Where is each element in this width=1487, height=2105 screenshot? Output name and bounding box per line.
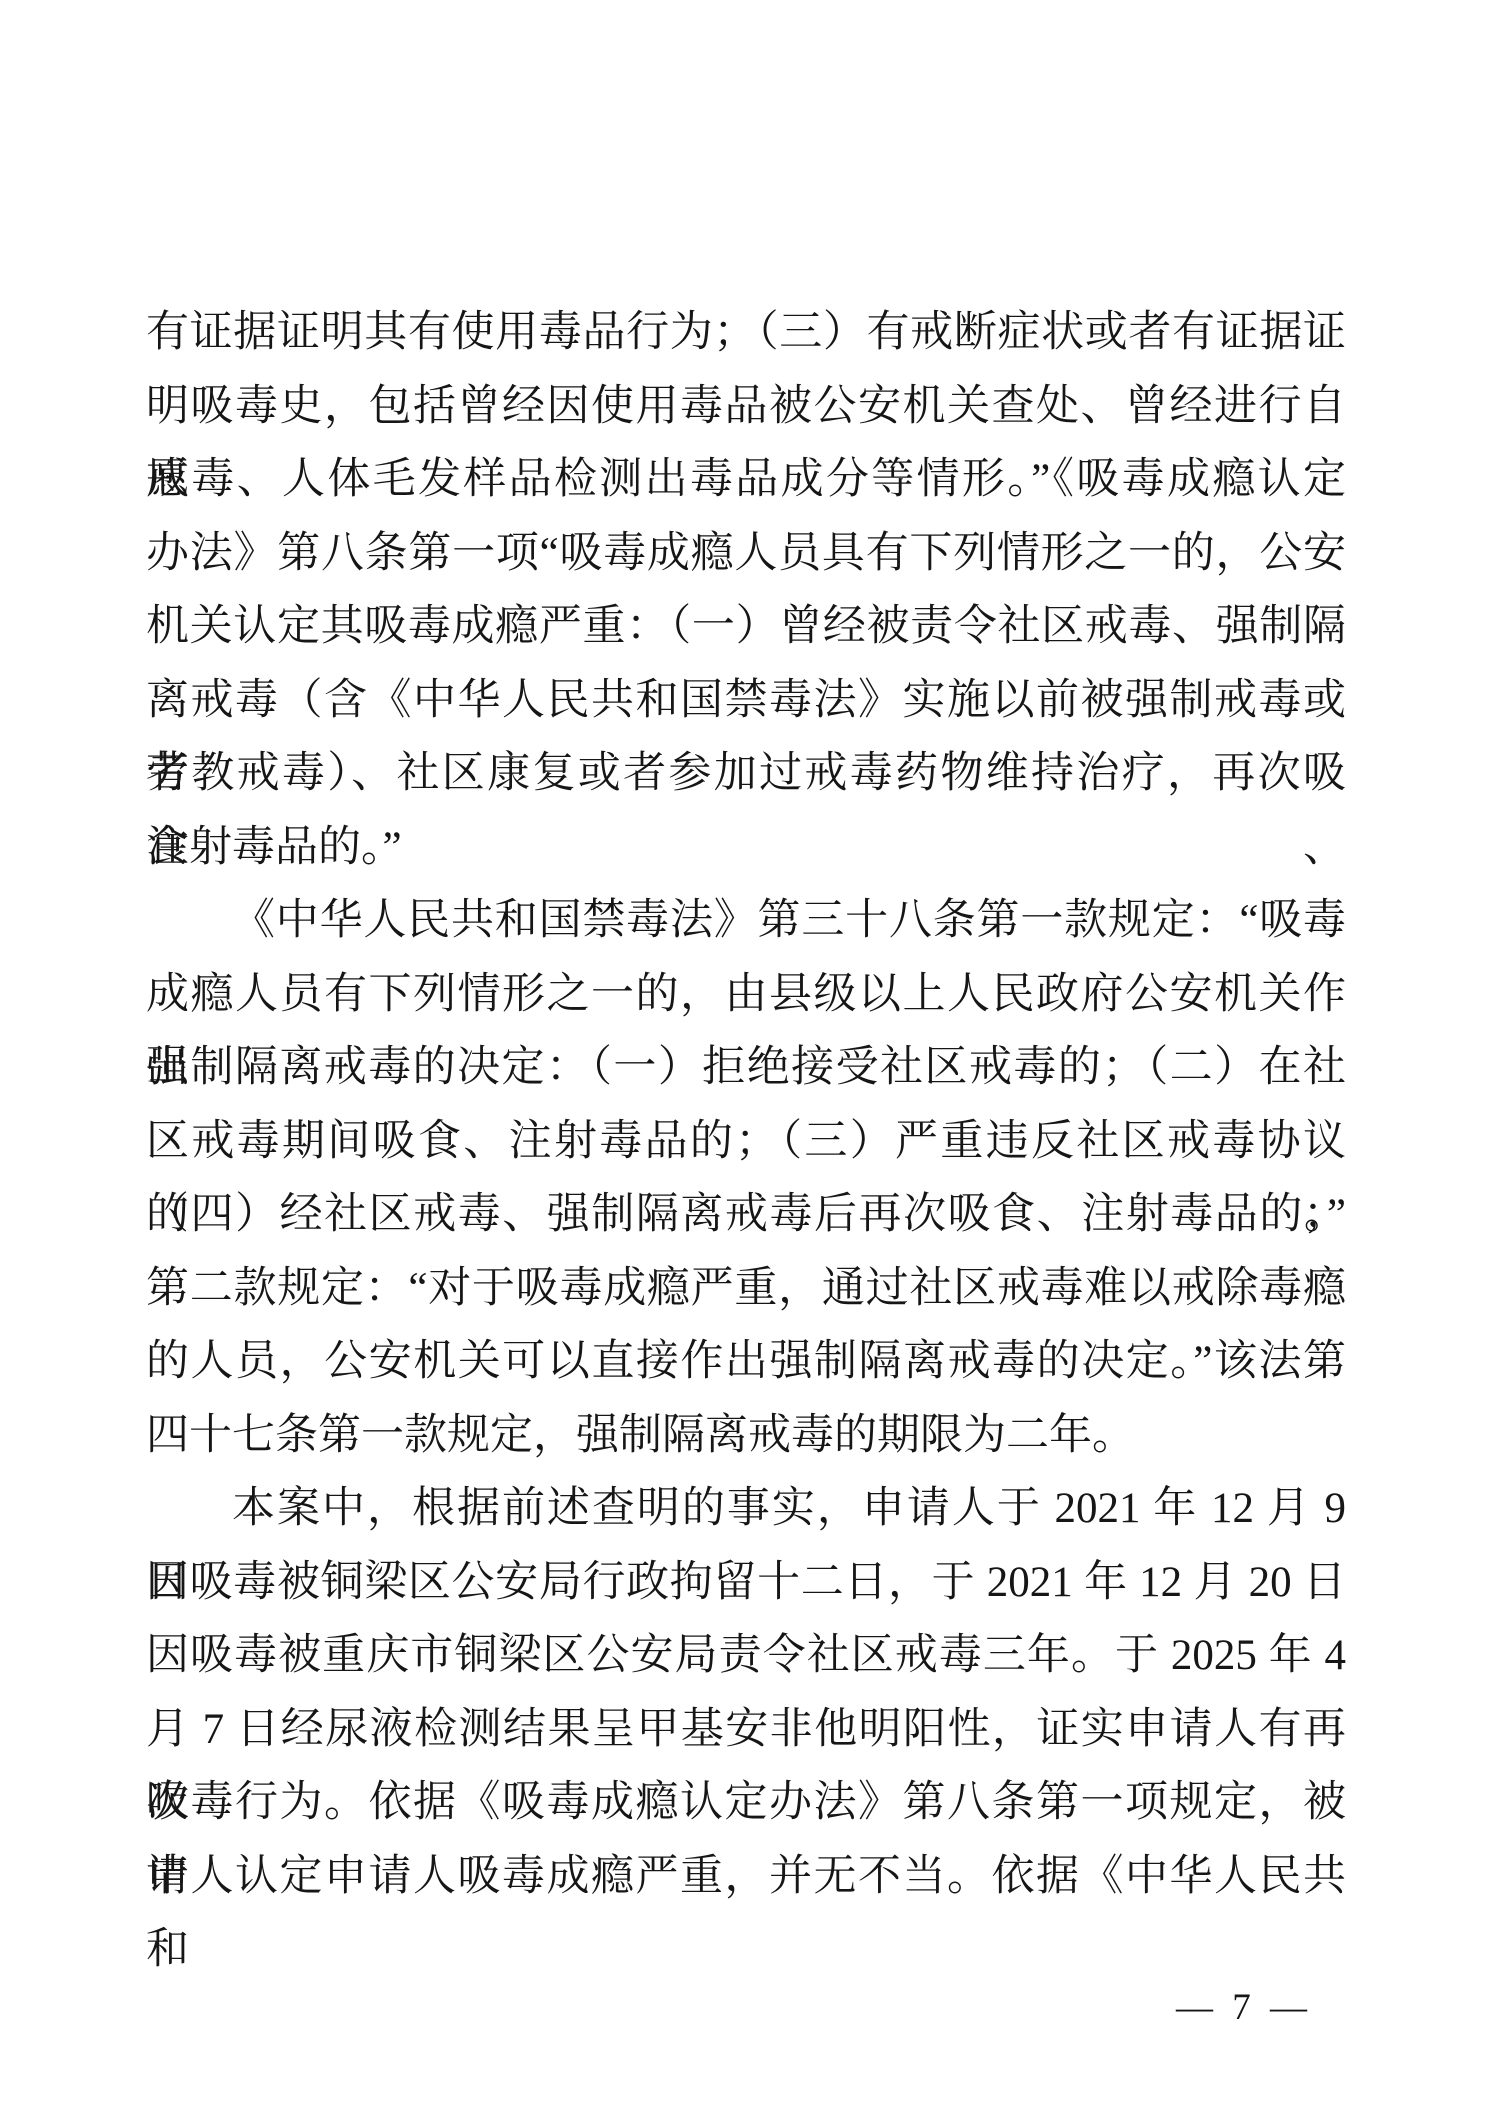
text-line: 办法》第八条第一项“吸毒成瘾人员具有下列情形之一的，公安	[146, 517, 1346, 591]
text-line: 第二款规定：“对于吸毒成瘾严重，通过社区戒毒难以戒除毒瘾	[146, 1252, 1346, 1326]
text-line: 明吸毒史，包括曾经因使用毒品被公安机关查处、曾经进行自愿	[146, 370, 1346, 444]
document-page: 有证据证明其有使用毒品行为；（三）有戒断症状或者有证据证明吸毒史，包括曾经因使用…	[0, 0, 1487, 2105]
text-line: 四十七条第一款规定，强制隔离戒毒的期限为二年。	[146, 1399, 1346, 1473]
page-number: — 7 —	[1176, 1986, 1312, 2029]
text-line: 有证据证明其有使用毒品行为；（三）有戒断症状或者有证据证	[146, 296, 1346, 370]
text-line: 机关认定其吸毒成瘾严重：（一）曾经被责令社区戒毒、强制隔	[146, 590, 1346, 664]
text-line: 戒毒、人体毛发样品检测出毒品成分等情形。”《吸毒成瘾认定	[146, 443, 1346, 517]
text-line: 成瘾人员有下列情形之一的，由县级以上人民政府公安机关作出	[146, 958, 1346, 1032]
text-line: 离戒毒（含《中华人民共和国禁毒法》实施以前被强制戒毒或者	[146, 664, 1346, 738]
text-line: 因吸毒被重庆市铜梁区公安局责令社区戒毒三年。于 2025 年 4	[146, 1619, 1346, 1693]
text-line: 因吸毒被铜梁区公安局行政拘留十二日，于 2021 年 12 月 20 日	[146, 1546, 1346, 1620]
text-line: 月 7 日经尿液检测结果呈甲基安非他明阳性，证实申请人有再次	[146, 1693, 1346, 1767]
text-line: 区戒毒期间吸食、注射毒品的；（三）严重违反社区戒毒协议的；	[146, 1105, 1346, 1179]
text-line: 强制隔离戒毒的决定：（一）拒绝接受社区戒毒的；（二）在社	[146, 1031, 1346, 1105]
text-line: 本案中，根据前述查明的事实，申请人于 2021 年 12 月 9 日	[146, 1472, 1346, 1546]
document-body: 有证据证明其有使用毒品行为；（三）有戒断症状或者有证据证明吸毒史，包括曾经因使用…	[146, 296, 1346, 1913]
text-line: 吸毒行为。依据《吸毒成瘾认定办法》第八条第一项规定，被申	[146, 1766, 1346, 1840]
text-line: （四）经社区戒毒、强制隔离戒毒后再次吸食、注射毒品的。”	[146, 1178, 1346, 1252]
text-line: 请人认定申请人吸毒成瘾严重，并无不当。依据《中华人民共和	[146, 1840, 1346, 1914]
text-line: 的人员，公安机关可以直接作出强制隔离戒毒的决定。”该法第	[146, 1325, 1346, 1399]
text-line: 《中华人民共和国禁毒法》第三十八条第一款规定：“吸毒	[146, 884, 1346, 958]
text-line: 劳教戒毒）、社区康复或者参加过戒毒药物维持治疗，再次吸食、	[146, 737, 1346, 811]
